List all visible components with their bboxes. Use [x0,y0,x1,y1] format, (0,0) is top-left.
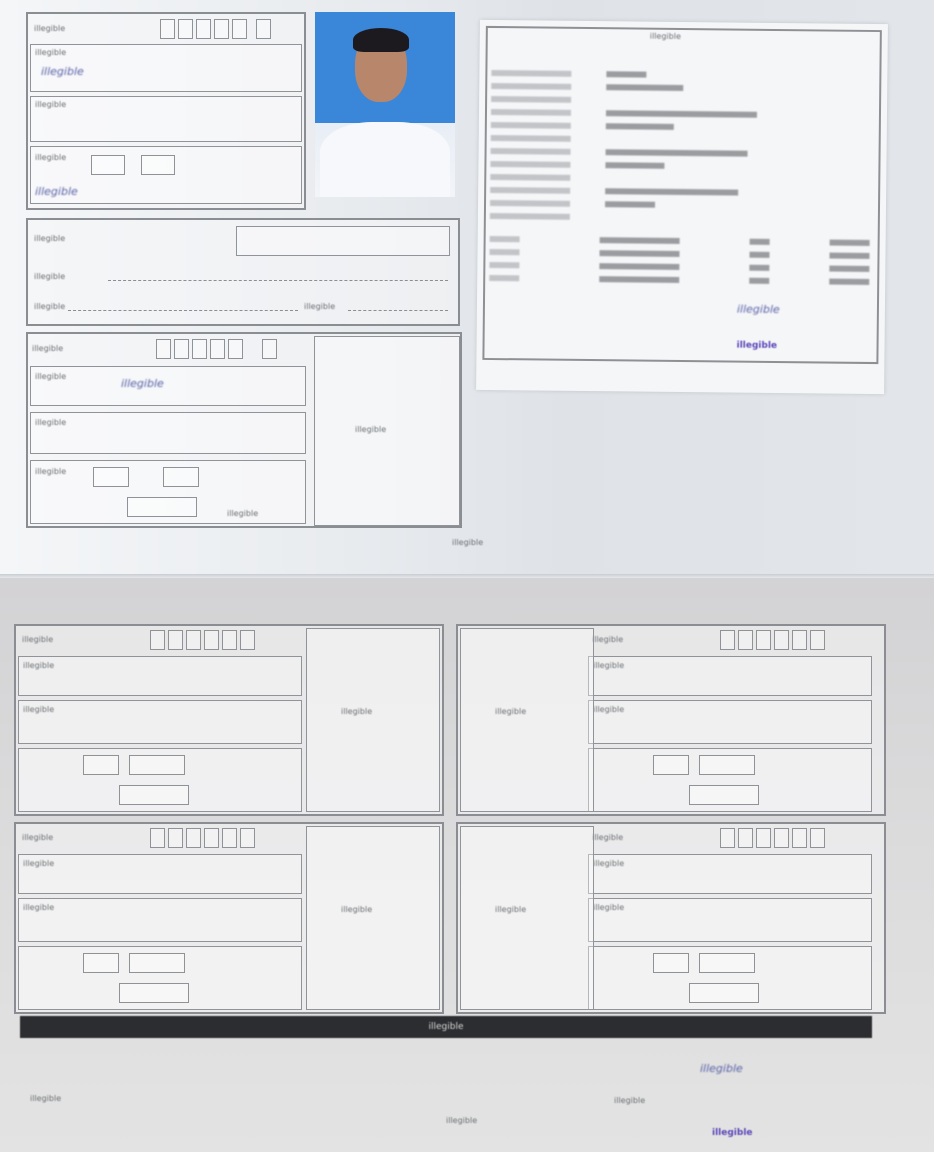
card-a-signature: illegible [35,185,78,198]
pasted-sheet-signature: illegible [737,303,780,316]
card-c-age-field: illegible illegible [30,460,306,524]
card-a-address-label: illegible [35,100,66,109]
member-card-number-label: illegible [592,833,623,842]
member-card-photo-box: illegible [460,628,594,812]
card-b-line [68,310,298,311]
member-card-address-field: illegible [18,700,302,744]
member-card: illegible illegible illegible illegible [456,624,886,816]
member-card-photo-label: illegible [495,707,526,716]
member-card-age-field [588,946,872,1010]
member-card-age-field [18,748,302,812]
member-card-name-field: illegible [18,656,302,696]
member-card-age-field [18,946,302,1010]
member-card-number-label: illegible [22,635,53,644]
card-a-name-label: illegible [35,48,66,57]
card-b: illegible illegible illegible illegible [26,218,460,326]
card-c-signature-label: illegible [227,509,258,518]
member-card-photo-label: illegible [341,905,372,914]
card-b-field-label: illegible [34,234,65,243]
pasted-sheet: illegible illegible illegible [476,20,888,394]
member-card-age-field [588,748,872,812]
member-card-address-label: illegible [23,705,54,714]
card-a-name-handwritten: illegible [41,65,84,78]
member-card-name-label: illegible [23,661,54,670]
card-a-age-field: illegible illegible [30,146,302,204]
card-a-address-field: illegible [30,96,302,142]
member-card-number-label: illegible [22,833,53,842]
photo [315,12,455,197]
member-card-address-field: illegible [588,700,872,744]
photo-shirt [320,122,450,197]
member-card-name-field: illegible [588,854,872,894]
member-card-photo-label: illegible [341,707,372,716]
member-card-address-label: illegible [593,903,624,912]
member-card-photo-box: illegible [306,628,440,812]
card-c-photo-box: illegible [314,336,460,526]
member-card-number-label: illegible [592,635,623,644]
card-b-line [108,280,448,281]
card-c-name-handwritten: illegible [121,377,164,390]
member-card-address-label: illegible [23,903,54,912]
card-c-photo-box-label: illegible [355,425,386,434]
member-card-name-label: illegible [593,859,624,868]
member-card-address-field: illegible [18,898,302,942]
card-a: illegible illegible illegible illegible … [26,12,306,210]
card-a-age-label: illegible [35,153,66,162]
card-c-number-label: illegible [32,344,63,353]
top-page-mark: illegible [452,538,483,547]
pasted-sheet-heading: illegible [650,32,681,41]
footer-left: illegible [30,1094,61,1103]
member-card-name-label: illegible [23,859,54,868]
card-c-address-label: illegible [35,418,66,427]
member-card-photo-box: illegible [460,826,594,1010]
card-a-number-label: illegible [34,24,65,33]
bottom-page-mark: illegible [446,1116,477,1125]
officer-stamp: illegible [712,1128,753,1138]
card-b-line-label: illegible [34,272,65,281]
photo-hair [353,28,409,52]
card-b-field-box [236,226,450,256]
card-b-line-label: illegible [304,302,335,311]
card-b-line [348,310,448,311]
member-card: illegible illegible illegible illegible [14,822,444,1014]
member-card-photo-box: illegible [306,826,440,1010]
card-a-name-field: illegible illegible [30,44,302,92]
member-card-name-field: illegible [588,656,872,696]
member-card-photo-label: illegible [495,905,526,914]
pasted-sheet-stamp: illegible [736,341,777,351]
card-b-line-label: illegible [34,302,65,311]
member-card-address-label: illegible [593,705,624,714]
member-card: illegible illegible illegible illegible [14,624,444,816]
officer-title: illegible [614,1096,645,1105]
card-c-age-label: illegible [35,467,66,476]
card-c-address-field: illegible [30,412,306,454]
notice-banner: illegible [20,1016,872,1038]
member-card-name-label: illegible [593,661,624,670]
officer-signature: illegible [700,1062,743,1075]
card-c: illegible illegible illegible illegible … [26,332,462,528]
member-card: illegible illegible illegible illegible [456,822,886,1014]
card-c-name-field: illegible illegible [30,366,306,406]
member-card-name-field: illegible [18,854,302,894]
member-card-address-field: illegible [588,898,872,942]
card-c-name-label: illegible [35,372,66,381]
